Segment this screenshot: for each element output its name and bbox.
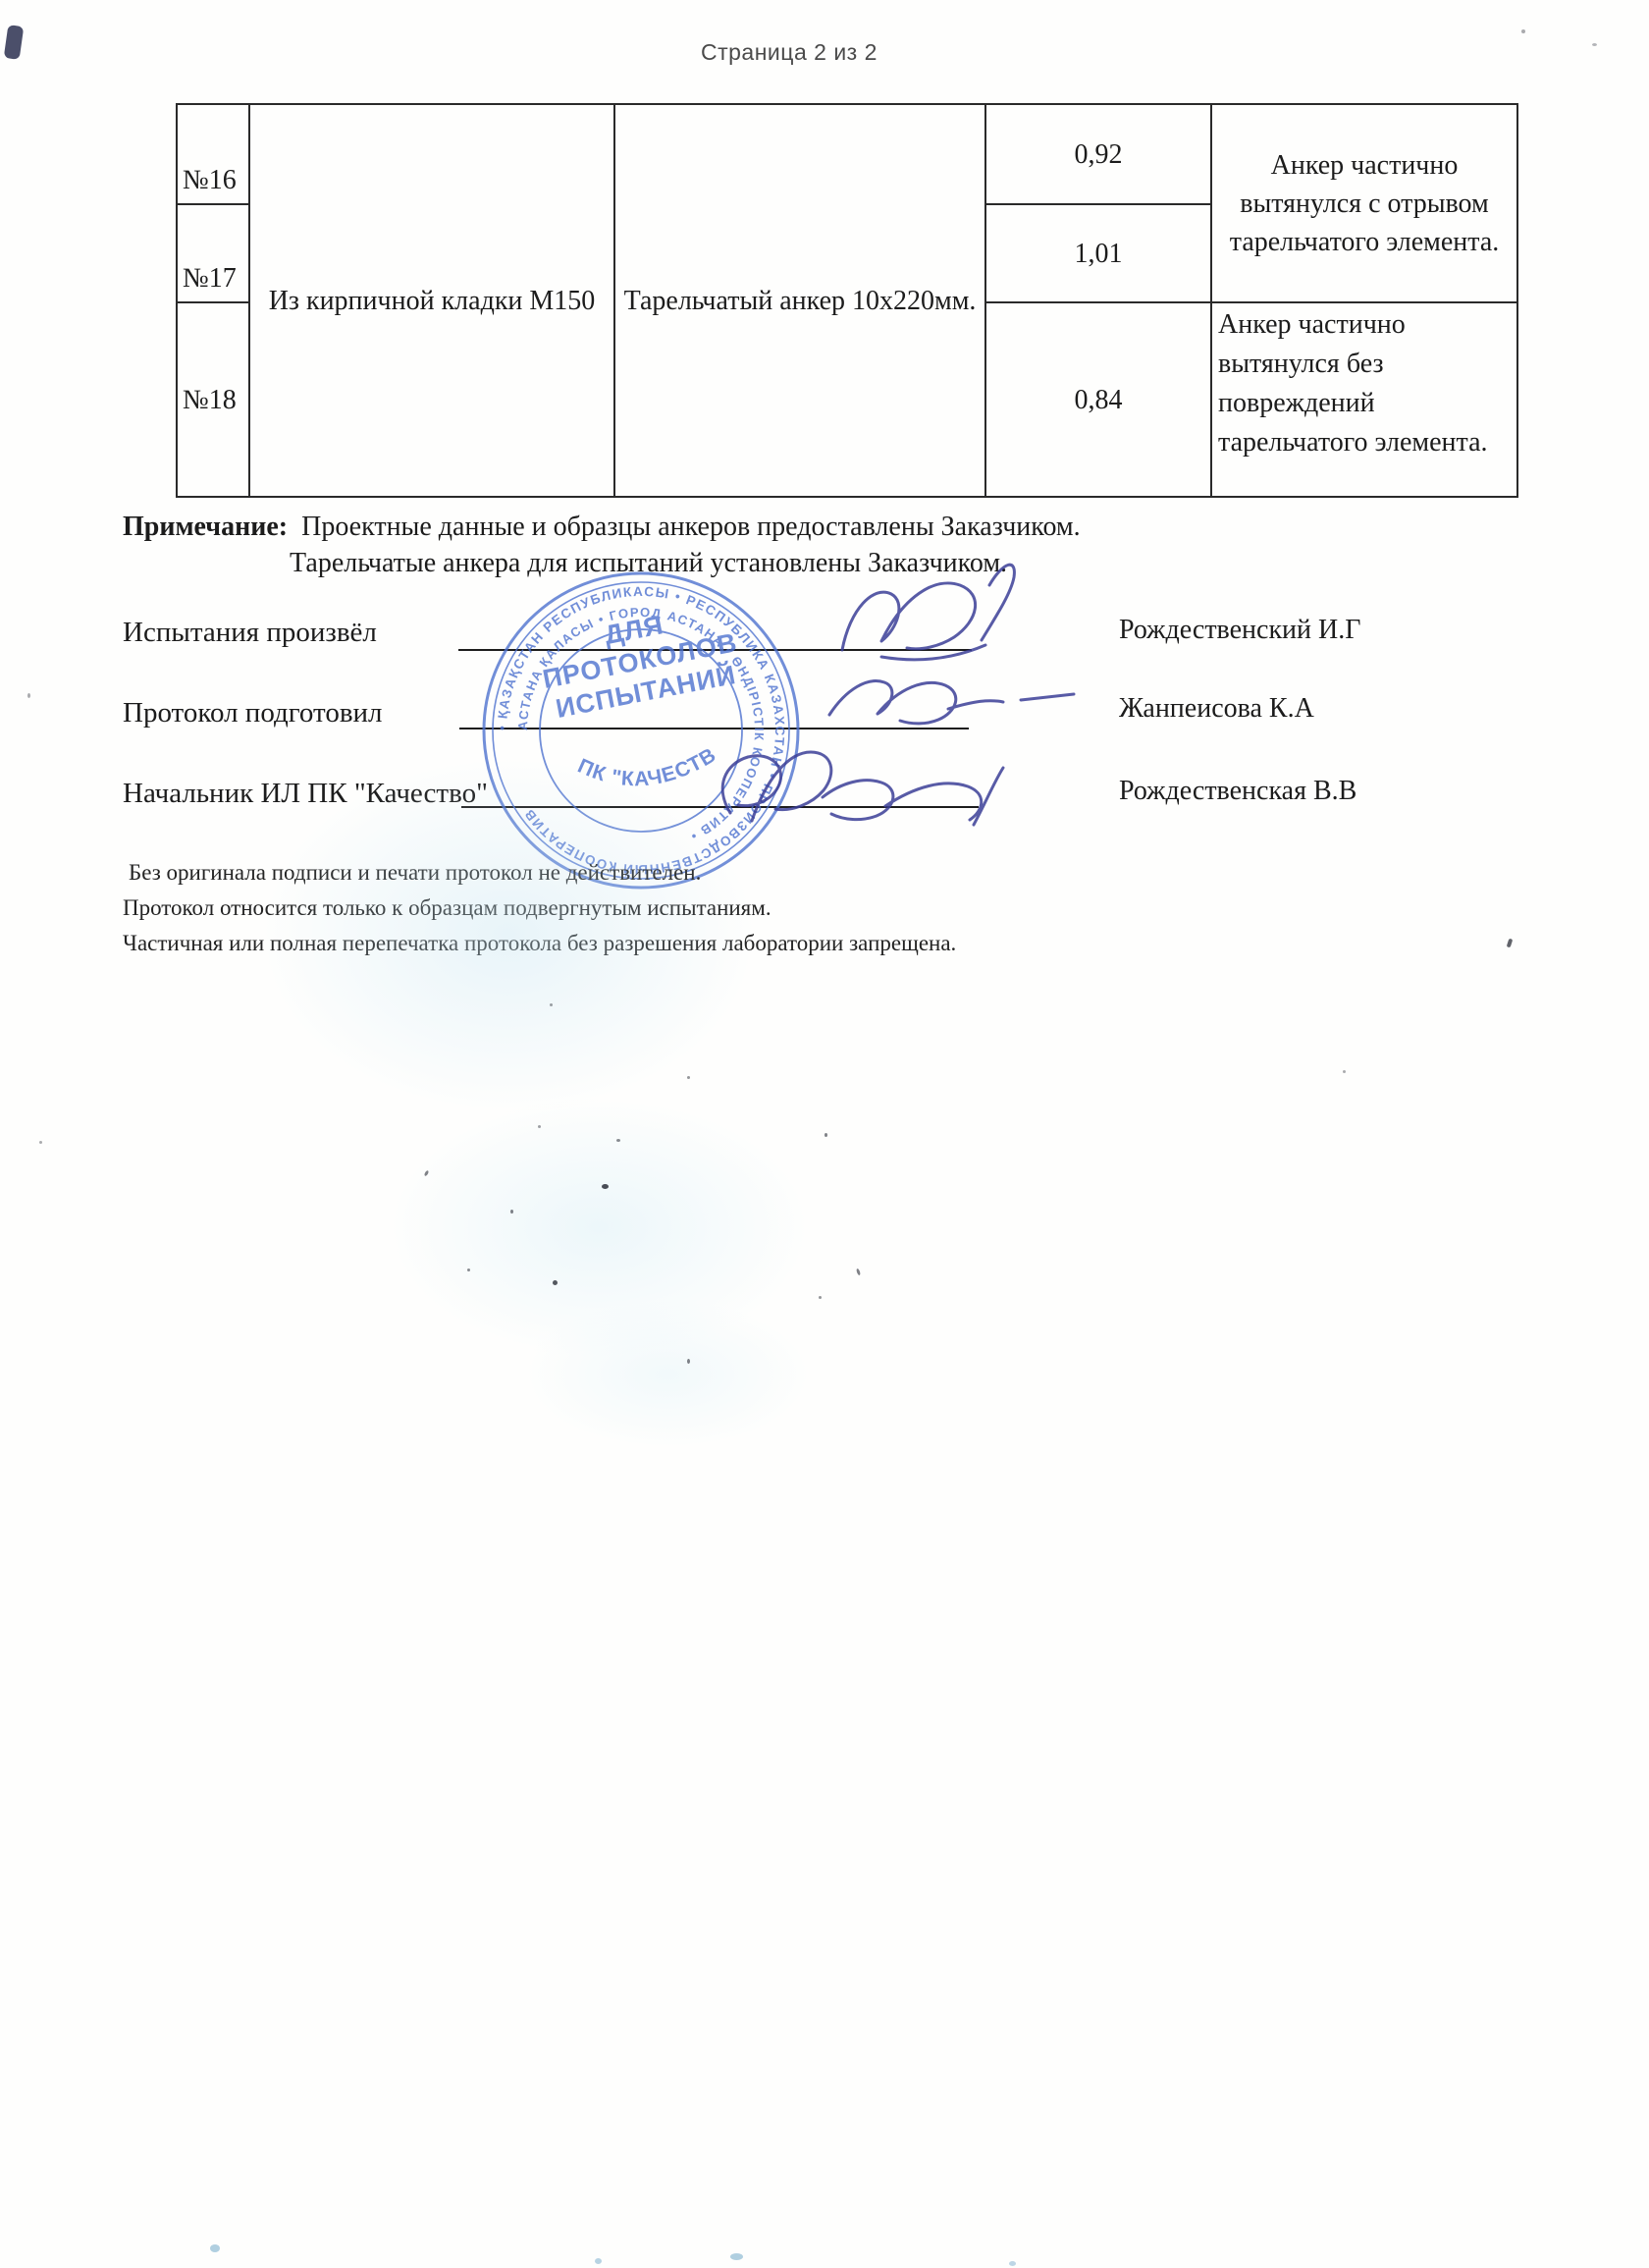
scan-speck (1592, 43, 1597, 46)
signature-ink-2 (829, 681, 1074, 724)
scan-stain (324, 1021, 874, 1433)
scan-speck (1507, 939, 1514, 948)
sign-role-preparer: Протокол подготовил (123, 697, 383, 729)
scan-blue-mark (595, 2258, 602, 2264)
scan-speck (467, 1269, 470, 1271)
round-stamp: • ҚАЗАҚСТАН РЕСПУБЛИКАСЫ • РЕСПУБЛИКА КА… (478, 567, 804, 893)
scanned-protocol-page: Страница 2 из 2 №16 Из кирпичной кладки … (0, 0, 1649, 2268)
results-table: №16 Из кирпичной кладки М150 Тарельчатый… (176, 103, 1518, 498)
row-18-number: №18 (177, 302, 249, 497)
scan-blue-mark (1009, 2261, 1016, 2266)
note-text-1: Проектные данные и образцы анкеров предо… (301, 512, 1081, 542)
scan-speck (687, 1359, 690, 1364)
row-17-value: 1,01 (985, 204, 1211, 302)
scan-speck (510, 1210, 513, 1214)
row-17-number: №17 (177, 204, 249, 302)
anchor-type-cell: Тарельчатый анкер 10х220мм. (614, 104, 985, 497)
sign-role-tester: Испытания произвёл (123, 617, 377, 649)
scan-speck (824, 1133, 827, 1137)
scan-speck (553, 1280, 558, 1285)
scan-speck (27, 693, 30, 698)
row-16-value: 0,92 (985, 104, 1211, 204)
footer-line-1: Без оригинала подписи и печати протокол … (129, 860, 701, 886)
results-table-wrap: №16 Из кирпичной кладки М150 Тарельчатый… (176, 103, 1518, 498)
table-row: №16 Из кирпичной кладки М150 Тарельчатый… (177, 104, 1517, 204)
note-line-1: Примечание: Проектные данные и образцы а… (123, 509, 1202, 545)
scan-speck (1343, 1070, 1346, 1073)
footer-line-2: Протокол относится только к образцам под… (123, 895, 771, 921)
corner-ink-mark (4, 25, 25, 60)
scan-stain (461, 1257, 874, 1492)
material-cell: Из кирпичной кладки М150 (249, 104, 614, 497)
result-cell-bottom: Анкер частично вытянулся без повреждений… (1211, 302, 1517, 497)
note-label: Примечание: (123, 512, 288, 542)
row-18-value: 0,84 (985, 302, 1211, 497)
scan-speck (616, 1139, 620, 1142)
row-16-number: №16 (177, 104, 249, 204)
scan-speck (538, 1125, 541, 1128)
scan-blue-mark (210, 2244, 220, 2252)
scan-speck (687, 1076, 690, 1079)
sign-name-preparer: Жанпеисова К.А (1119, 693, 1314, 725)
scan-speck (819, 1296, 822, 1299)
page-number: Страница 2 из 2 (701, 39, 878, 66)
scan-blue-mark (730, 2253, 743, 2260)
scan-speck (550, 1003, 553, 1006)
sign-name-chief: Рождественская В.В (1119, 776, 1356, 807)
scan-speck (1521, 29, 1525, 33)
footer-line-3: Частичная или полная перепечатка протоко… (123, 931, 956, 956)
scan-speck (602, 1184, 609, 1189)
sign-role-chief: Начальник ИЛ ПК "Качество" (123, 778, 488, 810)
scan-speck (856, 1269, 861, 1276)
result-cell-top: Анкер частично вытянулся с отрывом тарел… (1211, 104, 1517, 302)
scan-speck (39, 1141, 42, 1144)
scan-speck (424, 1170, 430, 1177)
sign-name-tester: Рождественский И.Г (1119, 615, 1360, 646)
